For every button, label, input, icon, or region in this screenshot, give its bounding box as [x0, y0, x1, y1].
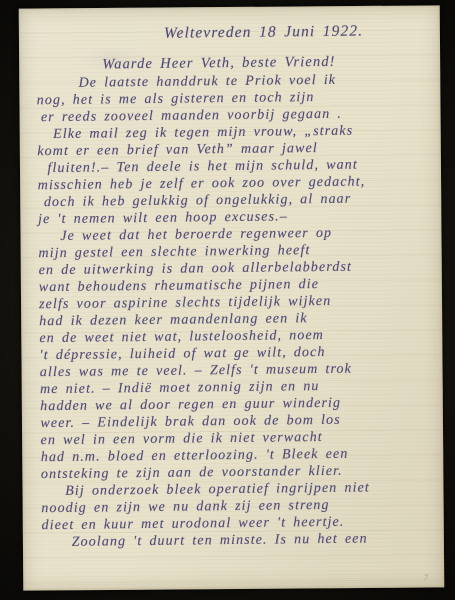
letter-body: De laatste handdruk te Priok voel iknog,…	[36, 71, 436, 551]
letter-salutation: Waarde Heer Veth, beste Vriend!	[102, 52, 431, 74]
letter-dateline: Weltevreden 18 Juni 1922.	[164, 19, 431, 46]
letter-page: Weltevreden 18 Juni 1922. Waarde Heer Ve…	[19, 5, 445, 590]
letter-line: Zoolang 't duurt ten minste. Is nu het e…	[42, 530, 437, 551]
page-number: 7	[424, 572, 429, 582]
letter-content: Weltevreden 18 Juni 1922. Waarde Heer Ve…	[18, 5, 446, 592]
